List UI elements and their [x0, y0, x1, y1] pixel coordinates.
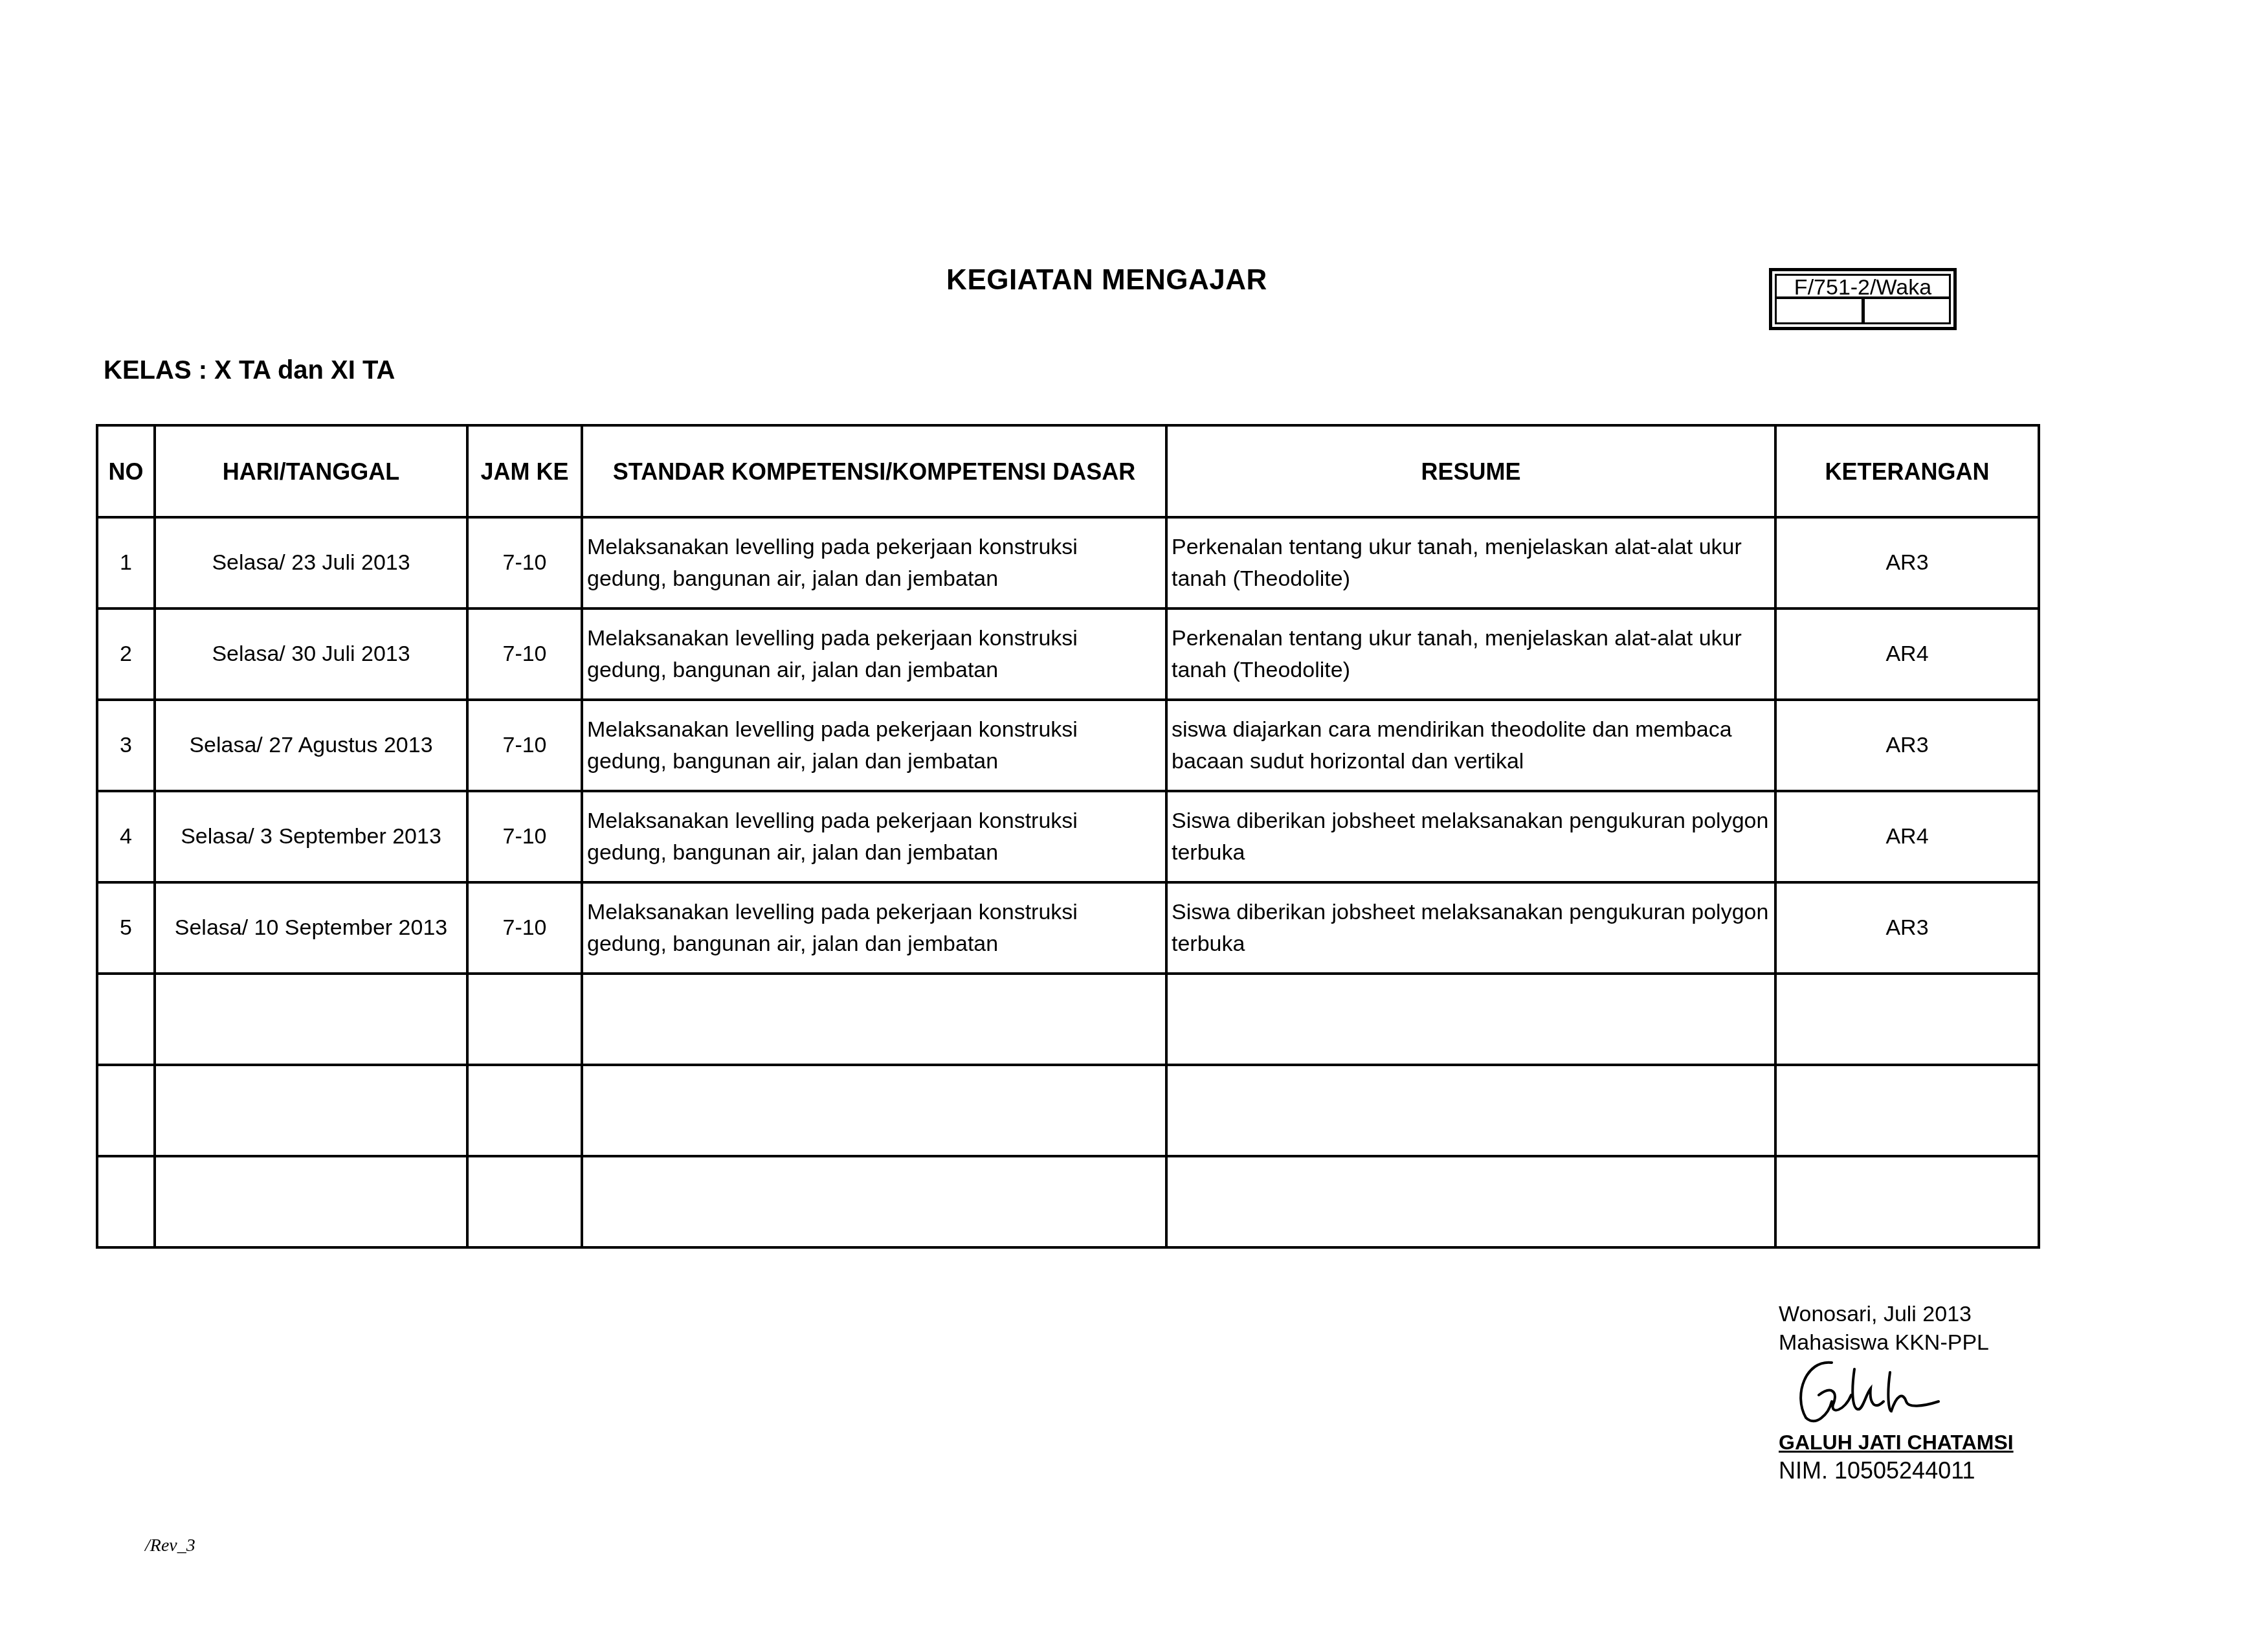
row-competency: Melaksanakan levelling pada pekerjaan ko…: [582, 608, 1166, 700]
row-competency: Melaksanakan levelling pada pekerjaan ko…: [582, 700, 1166, 791]
revision-label: /Rev_3: [145, 1535, 195, 1556]
table-row: [97, 1156, 2039, 1247]
row-hour: 7-10: [467, 791, 582, 882]
row-number: 1: [97, 517, 155, 608]
row-resume: Siswa diberikan jobsheet melaksanakan pe…: [1166, 791, 1775, 882]
header-hour: JAM KE: [467, 425, 582, 517]
row-hour: 7-10: [467, 882, 582, 974]
form-code-cell-right: [1865, 299, 1950, 322]
row-competency: Melaksanakan levelling pada pekerjaan ko…: [582, 882, 1166, 974]
row-hour: [467, 1156, 582, 1247]
row-notes: [1775, 1156, 2039, 1247]
header-date: HARI/TANGGAL: [155, 425, 467, 517]
row-resume: [1166, 974, 1775, 1065]
row-number: [97, 1065, 155, 1156]
place-date: Wonosari, Juli 2013: [1779, 1300, 2014, 1328]
row-hour: 7-10: [467, 700, 582, 791]
row-competency: Melaksanakan levelling pada pekerjaan ko…: [582, 517, 1166, 608]
row-number: [97, 1156, 155, 1247]
row-hour: [467, 974, 582, 1065]
row-number: 5: [97, 882, 155, 974]
row-resume: [1166, 1065, 1775, 1156]
row-resume: Perkenalan tentang ukur tanah, menjelask…: [1166, 608, 1775, 700]
handwritten-signature-icon: [1793, 1356, 1961, 1427]
row-number: 4: [97, 791, 155, 882]
row-notes: [1775, 974, 2039, 1065]
table-row: 3Selasa/ 27 Agustus 20137-10Melaksanakan…: [97, 700, 2039, 791]
row-number: 2: [97, 608, 155, 700]
header-competency: STANDAR KOMPETENSI/KOMPETENSI DASAR: [582, 425, 1166, 517]
row-resume: siswa diajarkan cara mendirikan theodoli…: [1166, 700, 1775, 791]
table-row: [97, 974, 2039, 1065]
row-hour: 7-10: [467, 608, 582, 700]
table-row: 5Selasa/ 10 September 20137-10Melaksanak…: [97, 882, 2039, 974]
table-header-row: NO HARI/TANGGAL JAM KE STANDAR KOMPETENS…: [97, 425, 2039, 517]
row-competency: Melaksanakan levelling pada pekerjaan ko…: [582, 791, 1166, 882]
row-competency: [582, 974, 1166, 1065]
signer-name: GALUH JATI CHATAMSI: [1779, 1428, 2014, 1457]
teaching-activity-table: NO HARI/TANGGAL JAM KE STANDAR KOMPETENS…: [96, 424, 2040, 1249]
row-hour: 7-10: [467, 517, 582, 608]
form-code: F/751-2/Waka: [1777, 276, 1949, 299]
signer-nim: NIM. 10505244011: [1779, 1457, 2014, 1485]
header-resume: RESUME: [1166, 425, 1775, 517]
header-notes: KETERANGAN: [1775, 425, 2039, 517]
signer-role: Mahasiswa KKN-PPL: [1779, 1328, 2014, 1357]
row-notes: AR4: [1775, 791, 2039, 882]
row-notes: AR3: [1775, 517, 2039, 608]
row-date: Selasa/ 23 Juli 2013: [155, 517, 467, 608]
header-no: NO: [97, 425, 155, 517]
row-date: [155, 1156, 467, 1247]
row-date: [155, 1065, 467, 1156]
row-notes: AR4: [1775, 608, 2039, 700]
row-date: Selasa/ 27 Agustus 2013: [155, 700, 467, 791]
row-date: Selasa/ 10 September 2013: [155, 882, 467, 974]
table-row: [97, 1065, 2039, 1156]
row-notes: AR3: [1775, 882, 2039, 974]
row-number: 3: [97, 700, 155, 791]
row-date: Selasa/ 30 Juli 2013: [155, 608, 467, 700]
row-competency: [582, 1156, 1166, 1247]
row-resume: Siswa diberikan jobsheet melaksanakan pe…: [1166, 882, 1775, 974]
table-row: 2Selasa/ 30 Juli 20137-10Melaksanakan le…: [97, 608, 2039, 700]
class-label: KELAS : X TA dan XI TA: [104, 356, 395, 385]
row-resume: [1166, 1156, 1775, 1247]
row-hour: [467, 1065, 582, 1156]
row-date: [155, 974, 467, 1065]
row-notes: AR3: [1775, 700, 2039, 791]
row-resume: Perkenalan tentang ukur tanah, menjelask…: [1166, 517, 1775, 608]
row-number: [97, 974, 155, 1065]
form-code-box: F/751-2/Waka: [1769, 268, 1957, 330]
form-code-cell-left: [1777, 299, 1865, 322]
row-date: Selasa/ 3 September 2013: [155, 791, 467, 882]
table-row: 4Selasa/ 3 September 20137-10Melaksanaka…: [97, 791, 2039, 882]
table-row: 1Selasa/ 23 Juli 20137-10Melaksanakan le…: [97, 517, 2039, 608]
row-notes: [1775, 1065, 2039, 1156]
row-competency: [582, 1065, 1166, 1156]
